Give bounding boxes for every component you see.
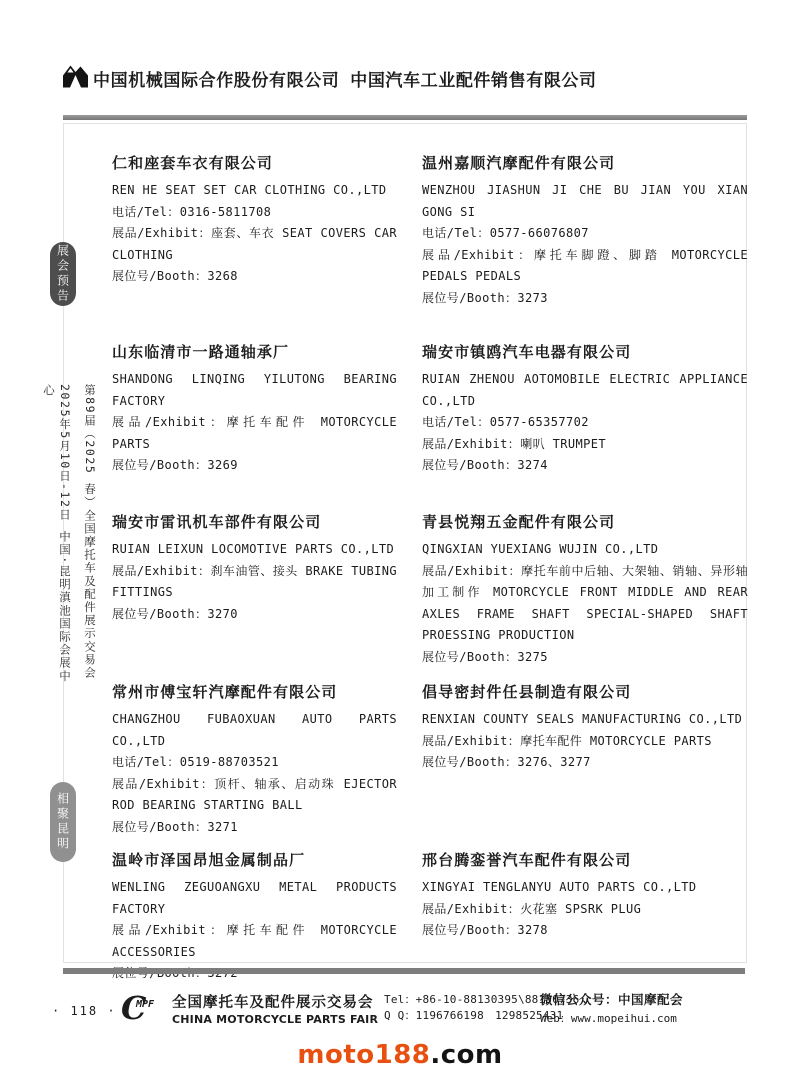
exhibitor-entry: 仁和座套车衣有限公司 REN HE SEAT SET CAR CLOTHING … (112, 152, 397, 341)
exhibitor-entry: 温州嘉顺汽摩配件有限公司 WENZHOU JIASHUN JI CHE BU J… (422, 152, 748, 341)
booth-label: 展位号/Booth： (422, 291, 517, 305)
header-divider (63, 115, 747, 120)
booth-line: 展位号/Booth：3274 (422, 455, 748, 477)
cmpf-fair-logo-icon: C MPF (121, 992, 169, 1030)
exhibitor-row: 常州市傅宝轩汽摩配件有限公司 CHANGZHOU FUBAOXUAN AUTO … (112, 681, 748, 849)
exhibit-line: 展品/Exhibit：喇叭 TRUMPET (422, 434, 748, 456)
booth-line: 展位号/Booth：3269 (112, 455, 397, 477)
event-title-vertical: 第89届（2025 春）全国摩托车及配件展示交易会 (82, 384, 98, 684)
tel-line: 电话/Tel：0577-66076807 (422, 223, 748, 245)
footer-divider (63, 968, 745, 974)
company-name-en: SHANDONG LINQING YILUTONG BEARING FACTOR… (112, 369, 397, 412)
company-name-en: WENZHOU JIASHUN JI CHE BU JIAN YOU XIAN … (422, 180, 748, 223)
booth-value: 3275 (517, 650, 548, 664)
exhibit-line: 展品/Exhibit：顶杆、轴承、启动珠 EJECTOR ROD BEARING… (112, 774, 397, 817)
footer-wechat: 微信公众号：中国摩配会 (540, 990, 683, 1008)
booth-label: 展位号/Booth： (422, 650, 517, 664)
exhibit-line: 展品/Exhibit：摩托车前中后轴、大架轴、销轴、异形轴加工制作 MOTORC… (422, 561, 748, 647)
exhibit-label: 展品/Exhibit： (422, 564, 521, 578)
booth-label: 展位号/Booth： (112, 607, 207, 621)
exhibit-line: 展品/Exhibit：摩托车配件 MOTORCYCLE PARTS (112, 412, 397, 455)
exhibit-line: 展品/Exhibit：摩托车配件 MOTORCYCLE ACCESSORIES (112, 920, 397, 963)
booth-label: 展位号/Booth： (112, 820, 207, 834)
tel-line: 电话/Tel：0316-5811708 (112, 202, 397, 224)
sidebar-badge-preview: 展会预告 (50, 242, 76, 306)
tel-value: 0577-65357702 (490, 415, 589, 429)
company-name-cn: 青县悦翔五金配件有限公司 (422, 511, 748, 532)
exhibit-line: 展品/Exhibit：座套、车衣 SEAT COVERS CAR CLOTHIN… (112, 223, 397, 266)
fair-name-en: CHINA MOTORCYCLE PARTS FAIR (172, 1013, 378, 1026)
exhibitor-entry: 山东临清市一路通轴承厂 SHANDONG LINQING YILUTONG BE… (112, 341, 397, 511)
company-name-cn: 瑞安市镇鸥汽车电器有限公司 (422, 341, 748, 362)
booth-line: 展位号/Booth：3278 (422, 920, 748, 942)
exhibit-label: 展品/Exhibit： (112, 415, 227, 429)
booth-label: 展位号/Booth： (422, 458, 517, 472)
booth-line: 展位号/Booth：3270 (112, 604, 397, 626)
company-name-en: REN HE SEAT SET CAR CLOTHING CO.,LTD (112, 180, 397, 202)
exhibit-label: 展品/Exhibit： (422, 248, 534, 262)
tel-label: 电话/Tel： (112, 205, 180, 219)
booth-label: 展位号/Booth： (422, 923, 517, 937)
booth-value: 3270 (207, 607, 238, 621)
booth-line: 展位号/Booth：3268 (112, 266, 397, 288)
company-mountain-logo-icon (63, 65, 88, 89)
exhibitor-entry: 瑞安市雷讯机车部件有限公司 RUIAN LEIXUN LOCOMOTIVE PA… (112, 511, 397, 681)
exhibit-label: 展品/Exhibit： (112, 226, 211, 240)
exhibit-line: 展品/Exhibit：刹车油管、接头 BRAKE TUBING FITTINGS (112, 561, 397, 604)
booth-label: 展位号/Booth： (422, 755, 517, 769)
watermark-site: moto188.com (0, 1040, 800, 1070)
page-number: · 118 · (52, 1004, 117, 1018)
exhibitor-row: 瑞安市雷讯机车部件有限公司 RUIAN LEIXUN LOCOMOTIVE PA… (112, 511, 748, 681)
fair-name-block: 全国摩托车及配件展示交易会 CHINA MOTORCYCLE PARTS FAI… (172, 991, 378, 1026)
tel-label: 电话/Tel： (422, 415, 490, 429)
tel-label: 电话/Tel： (422, 226, 490, 240)
company-name-cn: 常州市傅宝轩汽摩配件有限公司 (112, 681, 397, 702)
exhibitor-list: 仁和座套车衣有限公司 REN HE SEAT SET CAR CLOTHING … (112, 152, 748, 985)
sidebar-event-info: 第89届（2025 春）全国摩托车及配件展示交易会 2025年5月10日-12日… (41, 384, 98, 684)
exhibit-value: 火花塞 SPSRK PLUG (520, 902, 641, 916)
cmpf-logo-mpf: MPF (136, 999, 154, 1010)
company-name-cn: 仁和座套车衣有限公司 (112, 152, 397, 173)
booth-line: 展位号/Booth：3276、3277 (422, 752, 748, 774)
tel-value: 0316-5811708 (180, 205, 272, 219)
exhibitor-entry: 青县悦翔五金配件有限公司 QINGXIAN YUEXIANG WUJIN CO.… (422, 511, 748, 681)
booth-value: 3276、3277 (517, 755, 590, 769)
watermark-brand: moto188 (297, 1040, 430, 1070)
exhibitor-row: 山东临清市一路通轴承厂 SHANDONG LINQING YILUTONG BE… (112, 341, 748, 511)
tel-line: 电话/Tel：0577-65357702 (422, 412, 748, 434)
tel-value: 0519-88703521 (180, 755, 279, 769)
company-name-cn: 温岭市泽国昂旭金属制品厂 (112, 849, 397, 870)
event-date-venue-vertical: 2025年5月10日-12日 中国·昆明滇池国际会展中心 (41, 384, 73, 684)
company-name-en: RUIAN LEIXUN LOCOMOTIVE PARTS CO.,LTD (112, 539, 397, 561)
company-name-en: CHANGZHOU FUBAOXUAN AUTO PARTS CO.,LTD (112, 709, 397, 752)
exhibit-label: 展品/Exhibit： (112, 777, 214, 791)
exhibit-line: 展品/Exhibit：摩托车配件 MOTORCYCLE PARTS (422, 731, 748, 753)
company-name-cn: 瑞安市雷讯机车部件有限公司 (112, 511, 397, 532)
booth-label: 展位号/Booth： (112, 269, 207, 283)
booth-value: 3273 (517, 291, 548, 305)
tel-line: 电话/Tel：0519-88703521 (112, 752, 397, 774)
exhibitor-row: 温岭市泽国昂旭金属制品厂 WENLING ZEGUOANGXU METAL PR… (112, 849, 748, 985)
footer-wechat-block: 微信公众号：中国摩配会 Web：www.mopeihui.com (540, 990, 683, 1026)
company-name-en: WENLING ZEGUOANGXU METAL PRODUCTS FACTOR… (112, 877, 397, 920)
booth-label: 展位号/Booth： (112, 458, 207, 472)
footer-web: Web：www.mopeihui.com (540, 1010, 683, 1026)
exhibitor-entry: 温岭市泽国昂旭金属制品厂 WENLING ZEGUOANGXU METAL PR… (112, 849, 397, 985)
booth-value: 3271 (207, 820, 238, 834)
tel-value: 0577-66076807 (490, 226, 589, 240)
booth-value: 3269 (207, 458, 238, 472)
fair-name-cn: 全国摩托车及配件展示交易会 (172, 991, 378, 1012)
booth-value: 3278 (517, 923, 548, 937)
exhibit-value: 摩托车配件 MOTORCYCLE PARTS (520, 734, 712, 748)
company-name-en: RENXIAN COUNTY SEALS MANUFACTURING CO.,L… (422, 709, 748, 731)
exhibit-line: 展品/Exhibit：摩托车脚蹬、脚踏 MOTORCYCLE PEDALS PE… (422, 245, 748, 288)
sidebar-badge-meet-kunming: 相聚昆明 (50, 782, 76, 862)
exhibit-value: 喇叭 TRUMPET (520, 437, 606, 451)
exhibitor-entry: 邢台腾銮誉汽车配件有限公司 XINGYAI TENGLANYU AUTO PAR… (422, 849, 748, 985)
booth-line: 展位号/Booth：3271 (112, 817, 397, 839)
company-name-cn: 倡导密封件任县制造有限公司 (422, 681, 748, 702)
company-name-en: RUIAN ZHENOU AOTOMOBILE ELECTRIC APPLIAN… (422, 369, 748, 412)
company-name-en: QINGXIAN YUEXIANG WUJIN CO.,LTD (422, 539, 748, 561)
exhibitor-row: 仁和座套车衣有限公司 REN HE SEAT SET CAR CLOTHING … (112, 152, 748, 341)
company-name-cn: 温州嘉顺汽摩配件有限公司 (422, 152, 748, 173)
exhibitor-entry: 倡导密封件任县制造有限公司 RENXIAN COUNTY SEALS MANUF… (422, 681, 748, 849)
company-name-cn: 山东临清市一路通轴承厂 (112, 341, 397, 362)
company-name-en: XINGYAI TENGLANYU AUTO PARTS CO.,LTD (422, 877, 748, 899)
exhibit-line: 展品/Exhibit：火花塞 SPSRK PLUG (422, 899, 748, 921)
exhibit-label: 展品/Exhibit： (112, 923, 227, 937)
tel-label: 电话/Tel： (112, 755, 180, 769)
exhibit-label: 展品/Exhibit： (422, 437, 520, 451)
company-name-cn: 邢台腾銮誉汽车配件有限公司 (422, 849, 748, 870)
booth-line: 展位号/Booth：3275 (422, 647, 748, 669)
booth-line: 展位号/Booth：3273 (422, 288, 748, 310)
exhibit-label: 展品/Exhibit： (422, 902, 520, 916)
exhibitor-entry: 常州市傅宝轩汽摩配件有限公司 CHANGZHOU FUBAOXUAN AUTO … (112, 681, 397, 849)
booth-value: 3274 (517, 458, 548, 472)
exhibit-label: 展品/Exhibit： (112, 564, 210, 578)
exhibitor-entry: 瑞安市镇鸥汽车电器有限公司 RUIAN ZHENOU AOTOMOBILE EL… (422, 341, 748, 511)
exhibit-label: 展品/Exhibit： (422, 734, 520, 748)
watermark-suffix: .com (430, 1040, 502, 1070)
booth-value: 3268 (207, 269, 238, 283)
page-title: 中国机械国际合作股份有限公司 中国汽车工业配件销售有限公司 (93, 66, 597, 91)
